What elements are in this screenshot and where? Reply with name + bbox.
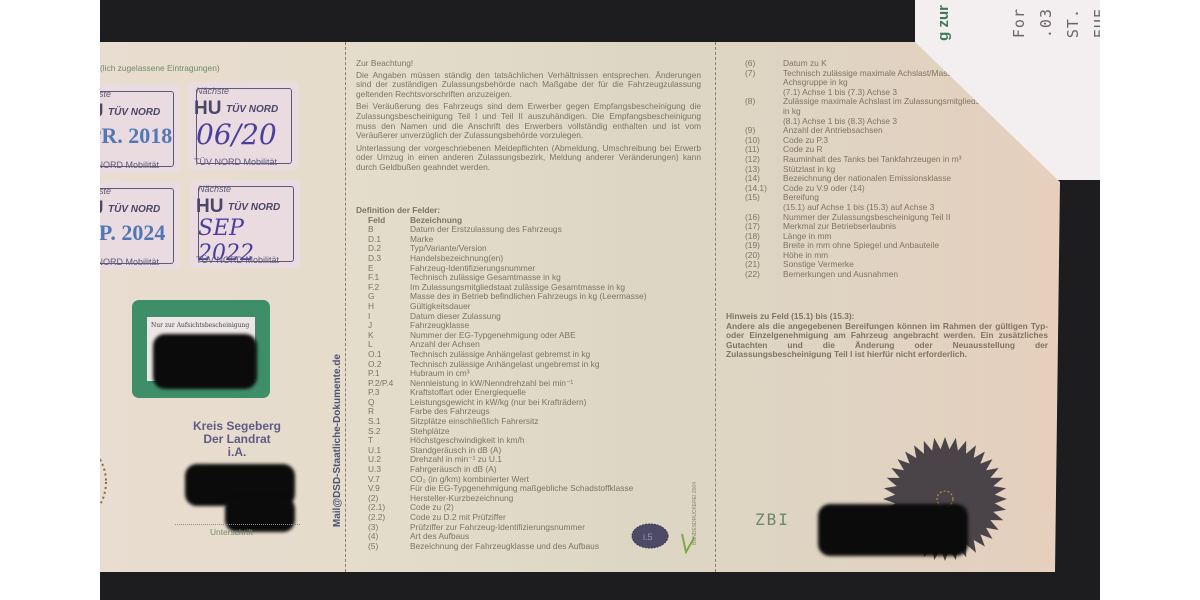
field-description: Zulässige maximale Achslast im Zulassung… xyxy=(783,97,994,107)
field-code: J xyxy=(368,321,410,331)
field-description: Bemerkungen und Ausnahmen xyxy=(783,270,898,280)
notice-block: Zur Beachtung! Die Angaben müssen ständi… xyxy=(356,59,701,176)
inspection-stamp: Nächste HU TÜV NORD 06/20 TÜV NORD Mobil… xyxy=(188,82,298,170)
right-definition-list: (6)Datum zu K(7)Technisch zulässige maxi… xyxy=(745,59,994,280)
definition-list: BDatum der Erstzulassung des FahrzeugsD.… xyxy=(356,225,646,551)
right-field-definitions: (6)Datum zu K(7)Technisch zulässige maxi… xyxy=(745,59,994,280)
field-code: G xyxy=(368,292,410,302)
field-code: (22) xyxy=(745,270,783,280)
field-code: S.2 xyxy=(368,427,410,437)
field-code: H xyxy=(368,302,410,312)
field-code: D.3 xyxy=(368,254,410,264)
receipt-line: EUE xyxy=(1091,8,1100,38)
notice-paragraph: Unterlassung der vorgeschriebenen Meldep… xyxy=(356,144,701,173)
official-seal-icon xyxy=(100,432,120,532)
receipt-line: ST. xyxy=(1064,8,1082,38)
redaction xyxy=(153,334,257,389)
hologram-seal-icon: i.5 xyxy=(630,522,670,550)
field-code: (5) xyxy=(368,542,410,552)
left-panel-header: (lich zugelassene Eintragungen) xyxy=(100,64,220,74)
inspection-stamp: Nächste HU TÜV NORD APR. 2018 TÜV NORD M… xyxy=(100,85,180,173)
field-description: Bezeichnung der Fahrzeugklasse und des A… xyxy=(410,542,599,552)
hint-text: Andere als die angegebenen Bereifungen k… xyxy=(726,322,1048,360)
fold-line xyxy=(715,42,716,572)
inspection-stamp: Nächste HU TÜV NORD SEP 2022 TÜV NORD Mo… xyxy=(190,180,300,268)
field-row: (5)Bezeichnung der Fahrzeugklasse und de… xyxy=(368,542,646,552)
field-code: I xyxy=(368,312,410,322)
photo-background: g zur For .03 ST. EUE (lich zugelassene … xyxy=(100,0,1100,600)
sticker-text: Nur zur Aufsichtsbescheinigung xyxy=(151,321,249,331)
field-row: (22)Bemerkungen und Ausnahmen xyxy=(745,270,994,280)
fold-line xyxy=(345,42,346,572)
signature-line xyxy=(175,524,300,525)
svg-text:i.5: i.5 xyxy=(643,532,653,542)
field-code: Q xyxy=(368,398,410,408)
registration-document: (lich zugelassene Eintragungen) Nächste … xyxy=(100,42,1060,572)
field-code: (8) xyxy=(745,97,783,107)
field-code xyxy=(745,107,783,117)
definition-title: Definition der Felder: xyxy=(356,206,646,216)
printer-mark: BUNDESDRUCKEREI 2004 xyxy=(680,512,696,562)
redaction xyxy=(818,504,968,556)
field-code xyxy=(745,78,783,88)
notice-paragraph: Die Angaben müssen ständig den tatsächli… xyxy=(356,71,701,100)
signature-label: Unterschrift xyxy=(210,528,253,538)
field-definitions: Definition der Felder: Feld Bezeichnung … xyxy=(356,206,646,551)
vertical-contact-text: Mail@DSD-Staatliche-Dokumente.de xyxy=(332,354,343,527)
receipt-green-text: g zur xyxy=(935,5,952,41)
zbi-label: ZBI xyxy=(755,510,790,529)
authority-stamp: Kreis Segeberg Der Landrat i.A. xyxy=(162,420,312,459)
tire-hint: Hinweis zu Feld (15.1) bis (15.3): Ander… xyxy=(726,312,1048,360)
field-code: K xyxy=(368,331,410,341)
inspection-stamp: Nächste HU TÜV NORD SEP. 2024 TÜV NORD M… xyxy=(100,182,180,270)
notice-title: Zur Beachtung! xyxy=(356,59,701,69)
receipt-line: .03 xyxy=(1037,8,1055,38)
field-code: (7) xyxy=(745,69,783,79)
receipt-line: For xyxy=(1010,8,1028,38)
notice-paragraph: Bei Veräußerung des Fahrzeugs sind dem E… xyxy=(356,102,701,140)
field-code: (15) xyxy=(745,193,783,203)
